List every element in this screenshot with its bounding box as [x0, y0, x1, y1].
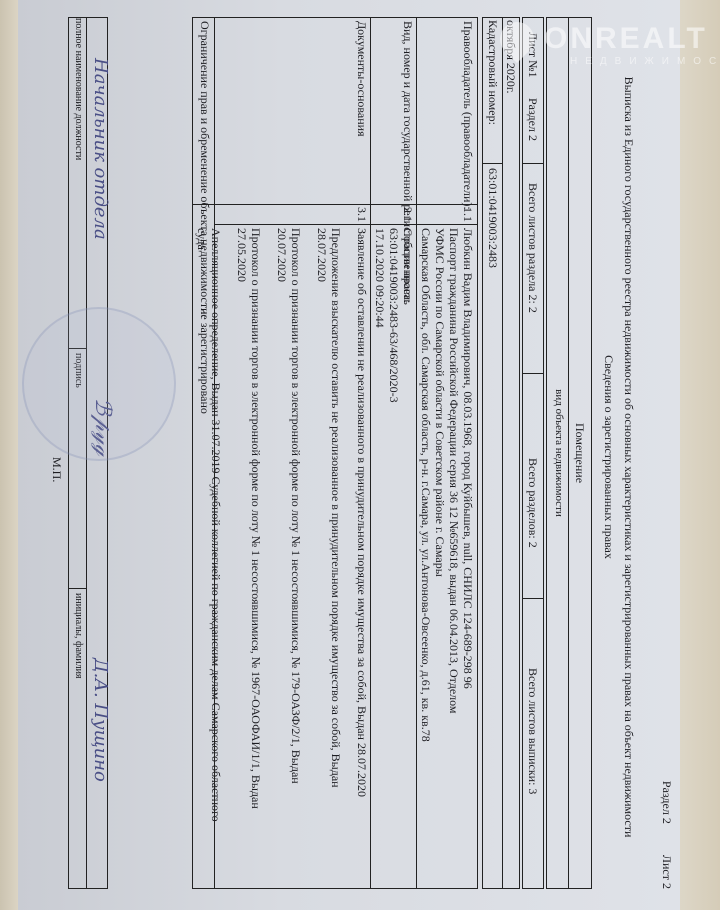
- position-caption: полное наименование должности: [73, 18, 84, 160]
- sheet-info-box: Лист №1 Раздел 2 Всего листов раздела 2:…: [522, 17, 544, 889]
- cadastral-label: Кадастровый номер:: [485, 20, 500, 125]
- sections-total: Всего разделов: 2: [525, 458, 540, 548]
- restriction-value: не зарегистрировано: [197, 308, 212, 414]
- document-subtitle: Сведения о зарегистрированных правах: [601, 7, 616, 907]
- official-stamp-icon: [22, 307, 176, 461]
- cadastral-box: октября 2020г. Кадастровый номер: 63:01:…: [482, 17, 520, 889]
- watermark-brand: ONREALT: [544, 22, 708, 55]
- owner-num: 1.1: [460, 207, 475, 222]
- registration-details: Собственность 63:01:0419003:2483-63/468/…: [373, 228, 415, 403]
- sheet-number: Лист 2: [660, 855, 674, 889]
- document-page: Раздел 2 Лист 2 Выписка из Единого госуд…: [36, 7, 676, 907]
- section-label: Раздел 2: [525, 98, 540, 141]
- object-type-value: Помещение: [572, 18, 587, 888]
- stamp-place-caption: М.П.: [49, 457, 64, 482]
- rights-table: Правообладатель (правообладатели): 1.1 Л…: [192, 17, 478, 889]
- object-type-caption: вид объекта недвижимости: [553, 18, 565, 888]
- registration-num: 2.1: [400, 207, 415, 222]
- restriction-label: Ограничение прав и обременение объекта н…: [197, 21, 212, 318]
- section-number: Раздел 2: [660, 781, 674, 824]
- document-item: Протокол о признании торгов в электронно…: [235, 228, 263, 828]
- document-item: Предложение взыскателю оставить не реали…: [315, 228, 343, 828]
- background-carpet-left: [0, 0, 20, 910]
- paper-sheet: Раздел 2 Лист 2 Выписка из Единого госуд…: [18, 0, 680, 910]
- handwritten-name: Д.А. Пущино: [90, 658, 111, 782]
- sheets-total: Всего листов выписки: 3: [525, 668, 540, 794]
- cadastral-number: 63:01:0419003:2483: [485, 168, 500, 268]
- page-header: Раздел 2 Лист 2: [659, 753, 674, 889]
- handwritten-position: Начальник отдела: [90, 58, 111, 240]
- documents-label: Документы-основания: [354, 21, 369, 137]
- watermark: ONREALT НЕДВИЖИМОСТЬ: [500, 22, 720, 67]
- owner-details: Любкин Вадим Владимирович, 08.03.1968, г…: [419, 228, 475, 742]
- document-item: Протокол о признании торгов в электронно…: [275, 228, 303, 828]
- documents-num: 3.1: [354, 207, 369, 222]
- document-title: Выписка из Единого государственного реес…: [621, 7, 636, 907]
- document-item: Заявление об оставлении не реализованног…: [355, 228, 369, 828]
- owner-label: Правообладатель (правообладатели):: [460, 21, 475, 210]
- sheets-in-section: Всего листов раздела 2: 2: [525, 183, 540, 313]
- name-caption: инициалы, фамилия: [73, 593, 84, 679]
- object-type-box: Помещение вид объекта недвижимости: [546, 17, 592, 889]
- watermark-tagline: НЕДВИЖИМОСТЬ: [570, 56, 720, 67]
